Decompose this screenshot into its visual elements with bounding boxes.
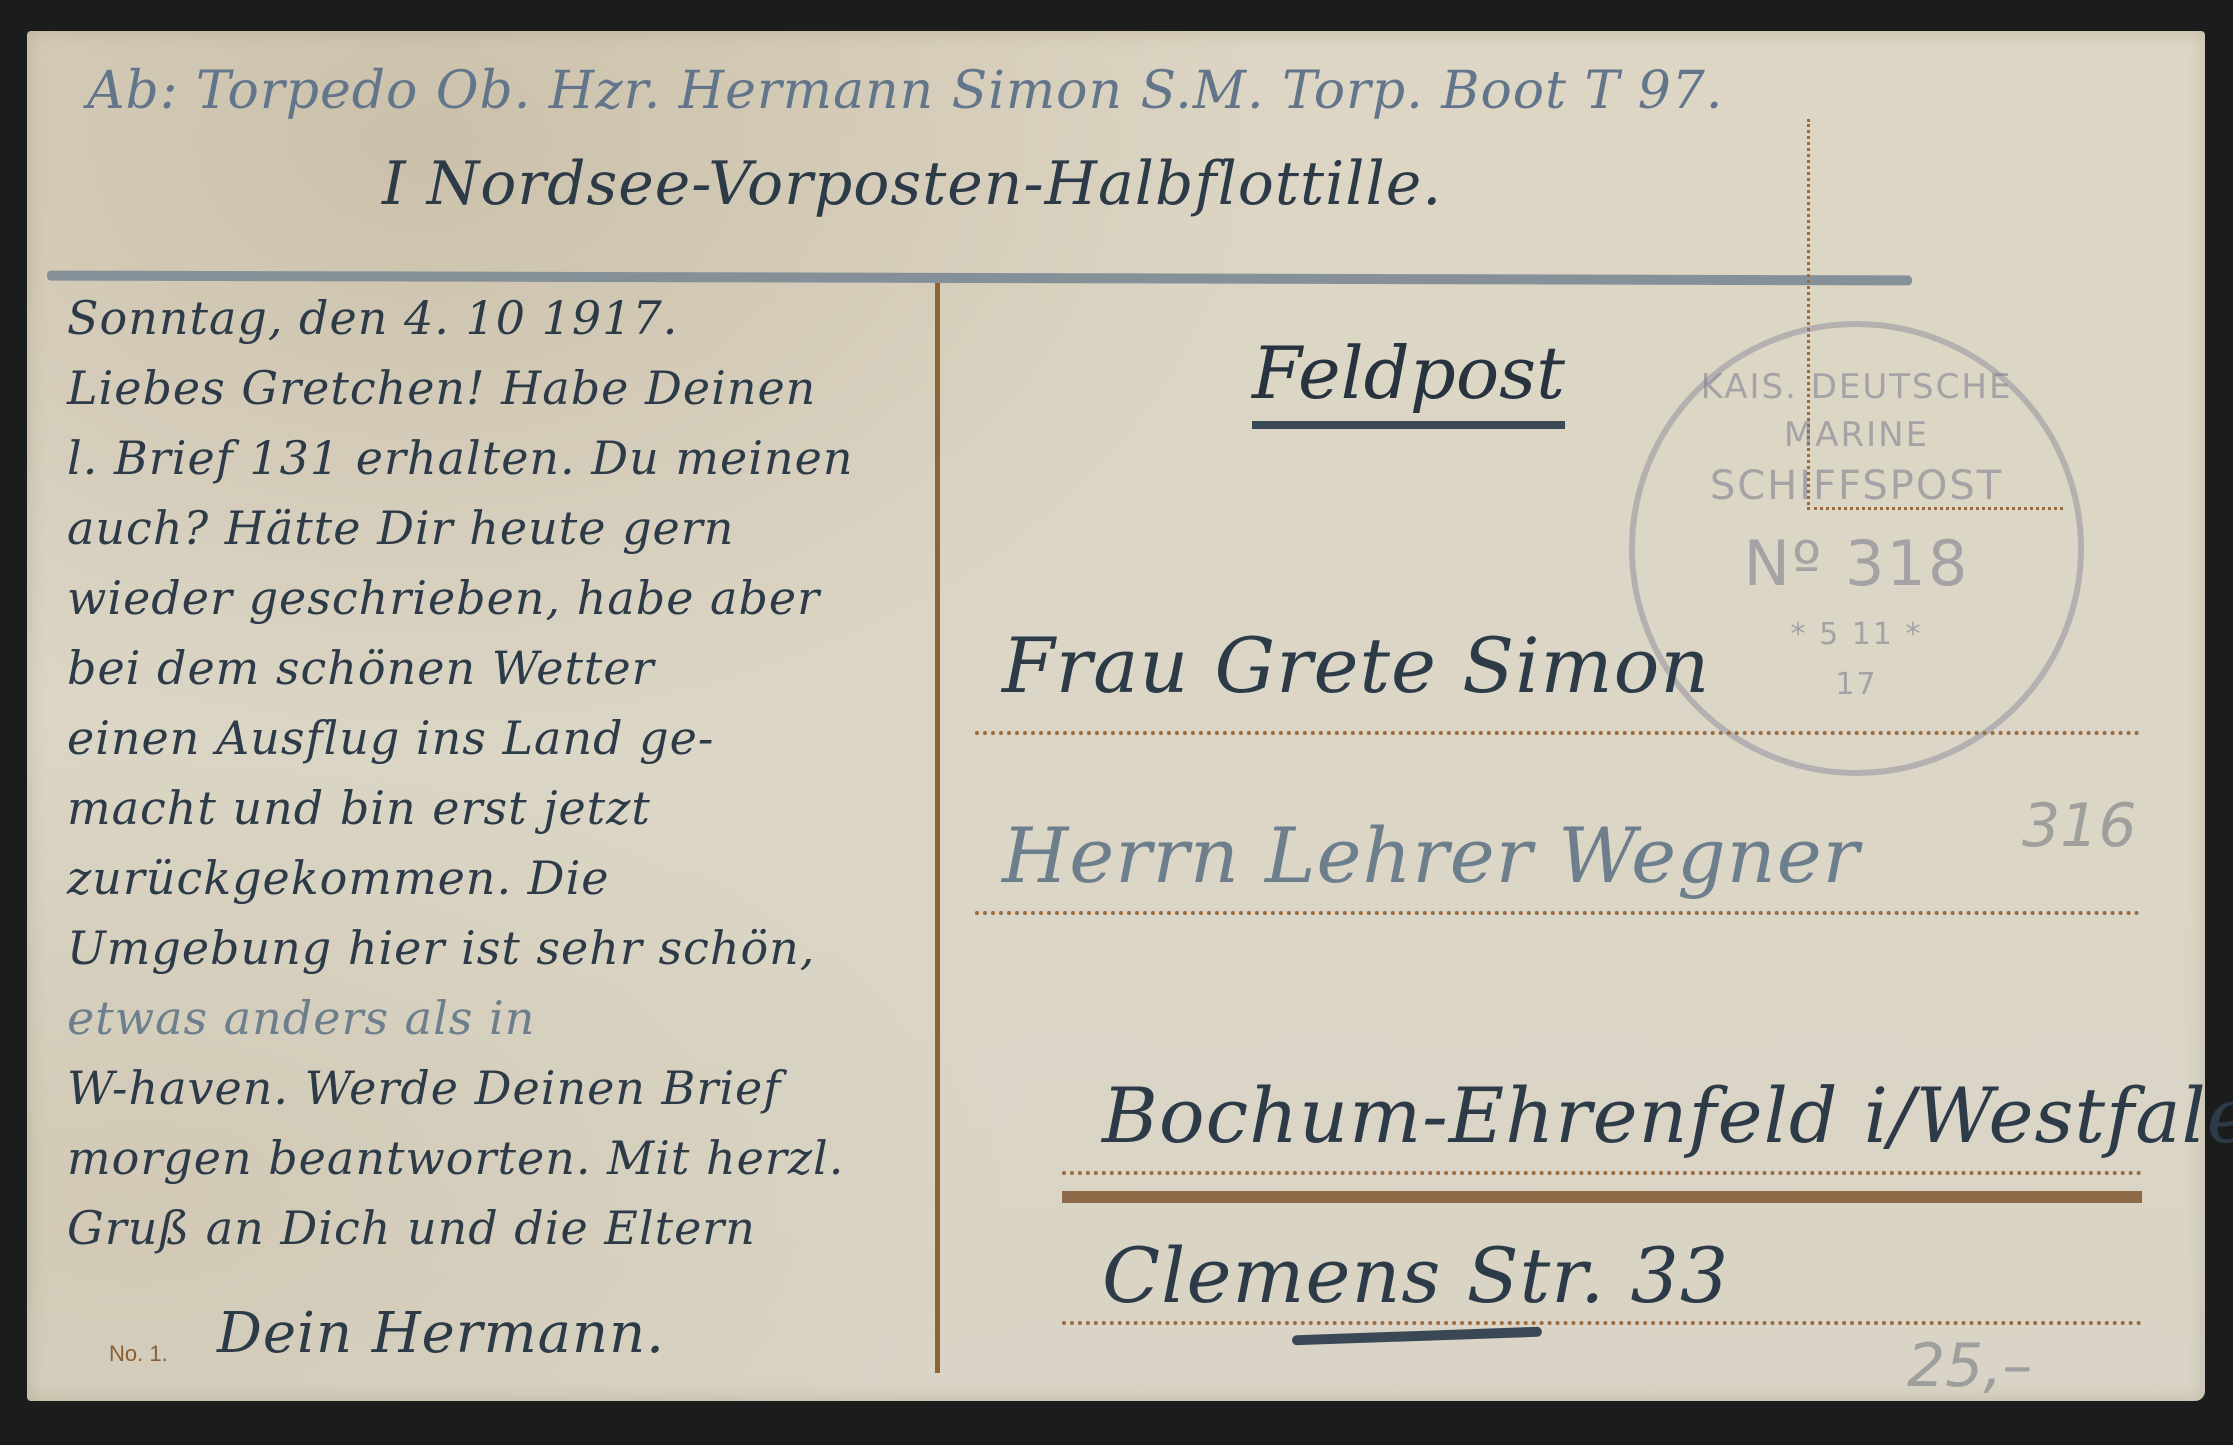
message-line: l. Brief 131 erhalten. Du meinen (67, 431, 853, 485)
message-line: macht und bin erst jetzt (67, 781, 651, 835)
message-line: wieder geschrieben, habe aber (67, 571, 820, 625)
recipient-line-2: Herrn Lehrer Wegner (1002, 811, 1860, 900)
message-signature: Dein Hermann. (217, 1301, 665, 1366)
postmark-line-1: MARINE (1635, 415, 2078, 455)
postmark-line-2: SCHIFFSPOST (1635, 463, 2078, 509)
address-dotted-line-2 (975, 911, 2140, 915)
address-dotted-line-3 (1062, 1171, 2142, 1175)
message-line: bei dem schönen Wetter (67, 641, 655, 695)
pencil-catalog-number: 316 (2022, 791, 2137, 861)
pencil-price: 25,– (1907, 1331, 2032, 1401)
feldpost-heading: Feldpost (1252, 331, 1565, 429)
message-line: Umgebung hier ist sehr schön, (67, 921, 815, 975)
postcard: Ab: Torpedo Ob. Hzr. Hermann Simon S.M. … (27, 31, 2205, 1401)
message-line: zurückgekommen. Die (67, 851, 610, 905)
postmark-stars: * (1791, 617, 1820, 652)
recipient-line-1: Frau Grete Simon (1002, 621, 1710, 710)
printed-card-number: No. 1. (109, 1341, 168, 1367)
card-divider (935, 283, 940, 1373)
house-number-underline (1292, 1327, 1542, 1346)
recipient-line-3: Bochum-Ehrenfeld i/Westfalen (1102, 1071, 2233, 1160)
postmark-month: 11 (1852, 617, 1894, 652)
message-line: einen Ausflug ins Land ge- (67, 711, 714, 765)
postmark-stars: * (1894, 617, 1923, 652)
header-rule (47, 271, 1912, 286)
address-solid-bar (1062, 1191, 2142, 1203)
message-line: Liebes Gretchen! Habe Deinen (67, 361, 816, 415)
message-line: Sonntag, den 4. 10 1917. (67, 291, 678, 345)
message-line: Gruß an Dich und die Eltern (67, 1201, 756, 1255)
address-dotted-line-4 (1062, 1321, 2142, 1325)
postmark-day: 5 (1819, 617, 1840, 652)
postmark-number: Nº 318 (1635, 527, 2078, 600)
message-line: auch? Hätte Dir heute gern (67, 501, 734, 555)
recipient-line-4: Clemens Str. 33 (1102, 1231, 1729, 1320)
message-line: W-haven. Werde Deinen Brief (67, 1061, 781, 1115)
sender-line-2: I Nordsee-Vorposten-Halbflottille. (382, 149, 1442, 219)
message-line: morgen beantworten. Mit herzl. (67, 1131, 844, 1185)
sender-line-1: Ab: Torpedo Ob. Hzr. Hermann Simon S.M. … (87, 61, 1723, 121)
postmark-ring-text: KAIS. DEUTSCHE (1635, 367, 2078, 407)
message-line: etwas anders als in (67, 991, 535, 1045)
address-dotted-line-1 (975, 731, 2140, 735)
